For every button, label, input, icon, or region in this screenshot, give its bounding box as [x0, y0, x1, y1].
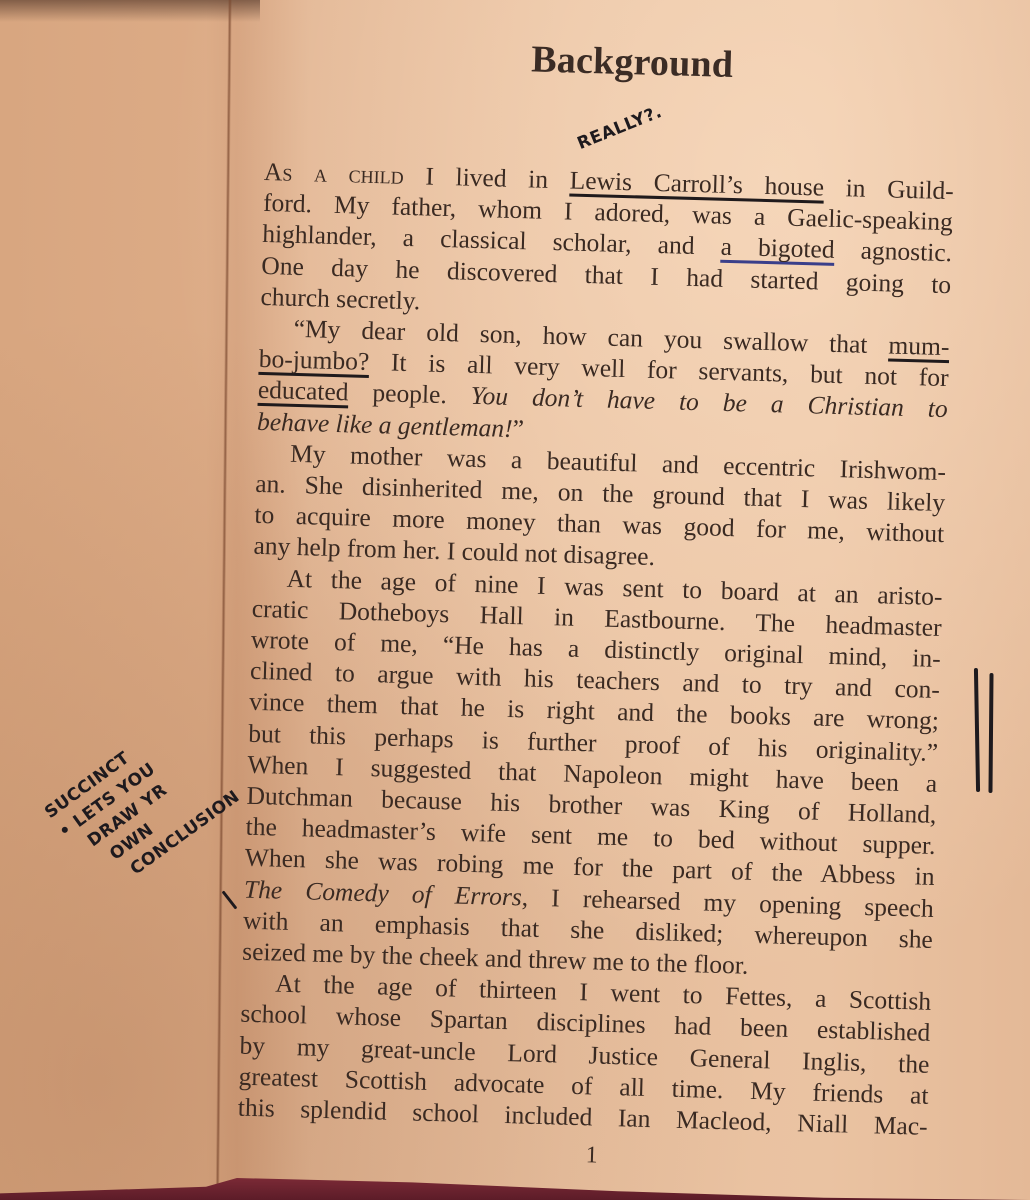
chapter-title: Background	[267, 30, 968, 94]
book-gutter-fold	[216, 0, 232, 1190]
underlined-phrase: a bigoted	[720, 232, 835, 264]
text-run: ”	[512, 414, 524, 443]
page-body: As a child I lived in Lewis Carroll’s ho…	[237, 156, 954, 1142]
text-run: people.	[348, 378, 471, 410]
paragraph: At the age of nine I was sent to board a…	[242, 561, 943, 986]
text-run: in Guild-	[824, 173, 955, 206]
margin-bar-mark	[974, 668, 980, 792]
margin-bar-mark	[988, 673, 993, 793]
book-spread: SUCCINCT • LETS YOU DRAW YR OWN CONCLUSI…	[0, 0, 1030, 1200]
page-number: 1	[236, 1133, 936, 1180]
opening-smallcaps: As a child	[264, 157, 405, 190]
top-shadow	[0, 0, 260, 22]
text-run: agnostic.	[834, 235, 952, 267]
paragraph: As a child I lived in Lewis Carroll’s ho…	[260, 156, 954, 331]
cloth-surface	[0, 1178, 1030, 1200]
paragraph: My mother was a beautiful and eccentric …	[253, 437, 946, 581]
underlined-phrase: mum-	[888, 330, 950, 361]
paragraph: At the age of thirteen I went to Fettes,…	[237, 967, 931, 1142]
margin-tick-mark	[222, 890, 238, 909]
book-page: Background As a child I lived in Lewis C…	[236, 30, 967, 1179]
paragraph: “My dear old son, how can you swallow th…	[257, 312, 950, 456]
margin-handwritten-note: SUCCINCT • LETS YOU DRAW YR OWN CONCLUSI…	[40, 707, 245, 902]
underlined-phrase: bo-jumbo?	[258, 344, 369, 376]
text-run: I lived in	[403, 161, 570, 195]
underlined-phrase: educated	[258, 375, 349, 407]
